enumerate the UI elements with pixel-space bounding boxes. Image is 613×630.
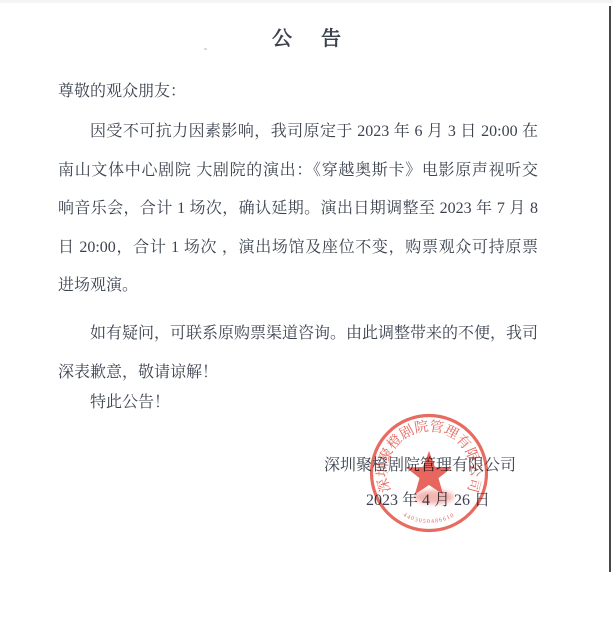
paragraph-line: 日 20:00，合计 1 场次 ，演出场馆及座位不变，购票观众可持原票	[58, 229, 538, 268]
scan-edge-right	[609, 6, 611, 572]
company-signature: 深圳聚橙剧院管理有限公司	[324, 455, 516, 477]
svg-text:4403050486610: 4403050486610	[402, 512, 456, 525]
announcement-date: 2023 年 4 月 26 日	[366, 490, 490, 512]
paragraph-line: 南山文体中心剧院 大剧院的演出：《穿越奥斯卡》电影原声视听交	[58, 152, 538, 191]
paragraph-line: 响音乐会，合计 1 场次，确认延期。演出日期调整至 2023 年 7 月 8	[58, 190, 538, 229]
paragraph-line: 因受不可抗力因素影响，我司原定于 2023 年 6 月 3 日 20:00 在	[58, 113, 538, 152]
scan-edge-top	[0, 0, 613, 3]
paragraph-apology: 如有疑问，可联系原购票渠道咨询。由此调整带来的不便，我司 深表歉意，敬请谅解！	[58, 315, 538, 392]
greeting-line: 尊敬的观众朋友：	[58, 82, 186, 102]
announcement-title: 公 告	[0, 22, 613, 51]
paragraph-line: 进场观演。	[58, 267, 538, 306]
paragraph-postponement: 因受不可抗力因素影响，我司原定于 2023 年 6 月 3 日 20:00 在 …	[58, 113, 538, 306]
paragraph-line: 如有疑问，可联系原购票渠道咨询。由此调整带来的不便，我司	[58, 315, 538, 354]
seal-serial-number: 4403050486610	[402, 512, 456, 525]
closing-line: 特此公告！	[58, 384, 170, 423]
